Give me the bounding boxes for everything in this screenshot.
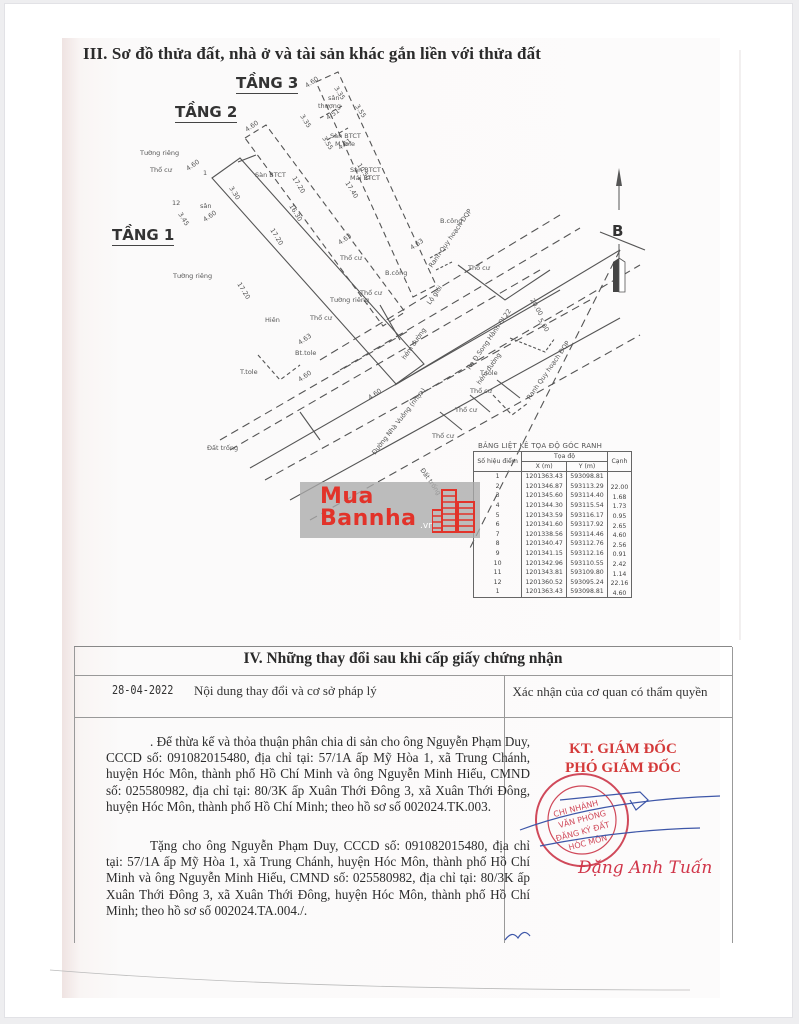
svg-text:B.công: B.công	[385, 269, 407, 277]
coordinate-cell-y: 593114.40	[567, 491, 608, 501]
coordinate-cell-point: 8	[474, 539, 522, 549]
coordinate-cell-y: 593112.76	[567, 539, 608, 549]
coordinate-cell-edge: 1.73	[607, 501, 631, 511]
svg-text:Đường Nhà Vuông (nhựa): Đường Nhà Vuông (nhựa)	[370, 386, 427, 456]
watermark-line2: Bannha	[320, 508, 416, 530]
coordinate-cell-edge: 1.14	[607, 568, 631, 578]
col-coords: Tọa độ	[522, 452, 608, 462]
svg-text:3.55: 3.55	[353, 103, 367, 120]
authority-line1: KT. GIÁM ĐỐC	[548, 740, 698, 759]
coordinate-row: 101201342.96593110.552.42	[474, 558, 632, 568]
coordinate-cell-x: 1201343.81	[522, 568, 567, 578]
coordinate-cell-x: 1201345.60	[522, 491, 567, 501]
coordinate-cell-y: 593115.54	[567, 501, 608, 511]
coordinate-cell-edge: 2.65	[607, 520, 631, 530]
svg-text:Thổ cư: Thổ cư	[309, 313, 333, 322]
coordinate-cell-point: 2	[474, 482, 522, 492]
svg-text:4.60: 4.60	[202, 209, 218, 224]
svg-text:1: 1	[203, 169, 207, 177]
coordinate-row: 121201360.52593095.2422.16	[474, 578, 632, 588]
svg-text:4.60: 4.60	[297, 369, 313, 384]
svg-text:sân: sân	[200, 202, 212, 210]
coordinate-cell-y: 593114.46	[567, 530, 608, 540]
coordinate-cell-edge: 4.60	[607, 587, 631, 597]
watermark-logo: Mua Bannha	[320, 486, 416, 530]
coordinate-cell-x: 1201363.43	[522, 587, 567, 597]
building-logo-icon	[432, 488, 478, 534]
svg-text:Tường riêng: Tường riêng	[172, 272, 212, 280]
coordinate-cell-edge: 4.60	[607, 530, 631, 540]
svg-text:4.60: 4.60	[185, 158, 201, 173]
coordinate-cell-y: 593110.55	[567, 558, 608, 568]
coordinate-row: 81201340.47593112.762.56	[474, 539, 632, 549]
authority-line2: PHÓ GIÁM ĐỐC	[548, 759, 698, 778]
coordinate-cell-x: 1201363.43	[522, 472, 567, 482]
coordinate-cell-edge: 22.00	[607, 482, 631, 492]
svg-text:4.60: 4.60	[304, 75, 320, 90]
change-entry-inheritance: . Để thừa kế và thỏa thuận phân chia di …	[106, 734, 530, 815]
svg-text:Thổ cư: Thổ cư	[467, 263, 491, 272]
svg-text:4.63: 4.63	[337, 232, 353, 247]
coordinate-cell-edge: 22.16	[607, 578, 631, 588]
coordinate-cell-y: 593109.80	[567, 568, 608, 578]
svg-text:3.35: 3.35	[298, 113, 312, 130]
coordinate-row: 31201345.60593114.401.68	[474, 491, 632, 501]
svg-text:Bt.tole: Bt.tole	[295, 349, 316, 357]
coordinate-cell-x: 1201346.87	[522, 482, 567, 492]
coordinate-cell-y: 593116.17	[567, 510, 608, 520]
svg-text:16.30: 16.30	[287, 203, 304, 223]
coordinate-cell-x: 1201338.56	[522, 530, 567, 540]
svg-text:Tường riêng: Tường riêng	[139, 149, 179, 157]
coordinate-row: 61201341.60593117.922.65	[474, 520, 632, 530]
svg-text:17.40: 17.40	[343, 180, 360, 200]
coordinate-cell-point: 11	[474, 568, 522, 578]
coordinate-cell-x: 1201360.52	[522, 578, 567, 588]
col-edge: Cạnh	[607, 452, 631, 472]
site-plan-drawing: Tường riêng Thổ cư 1 12 sân Tường riêng …	[0, 0, 799, 660]
coordinate-row: 51201343.59593116.170.95	[474, 510, 632, 520]
section4-title: IV. Những thay đổi sau khi cấp giấy chứn…	[74, 650, 732, 668]
coordinate-cell-point: 7	[474, 530, 522, 540]
coordinate-cell-edge: 2.56	[607, 539, 631, 549]
col-y: Y (m)	[567, 462, 608, 472]
svg-text:hẻm đường: hẻm đường	[400, 326, 428, 361]
svg-text:Thổ cư: Thổ cư	[431, 431, 455, 440]
svg-text:Đất trống: Đất trống	[207, 444, 238, 452]
coordinate-cell-edge: 1.68	[607, 491, 631, 501]
north-label: B	[612, 222, 623, 240]
svg-text:Thổ cư: Thổ cư	[469, 386, 493, 395]
coordinate-cell-y: 593117.92	[567, 520, 608, 530]
svg-text:3.30: 3.30	[227, 185, 241, 202]
signer-name: Đặng Anh Tuấn	[578, 858, 712, 878]
coordinate-table: Số hiệu điểm Tọa độ Cạnh X (m) Y (m) 112…	[473, 451, 632, 598]
svg-text:Thổ cư: Thổ cư	[339, 253, 363, 262]
coordinate-cell-point: 12	[474, 578, 522, 588]
coordinate-row: 41201344.30593115.541.73	[474, 501, 632, 511]
coordinate-cell-edge: 0.95	[607, 510, 631, 520]
coordinate-cell-x: 1201340.47	[522, 539, 567, 549]
svg-text:4.63: 4.63	[409, 237, 425, 252]
coordinate-cell-point: 1	[474, 587, 522, 597]
coordinate-cell-edge: 0.91	[607, 549, 631, 559]
content-column-header: Nội dung thay đổi và cơ sở pháp lý	[194, 683, 377, 699]
svg-text:12: 12	[172, 199, 180, 207]
coordinate-row: 21201346.87593113.2922.00	[474, 482, 632, 492]
coordinate-cell-y: 593098.81	[567, 472, 608, 482]
svg-text:4.63: 4.63	[297, 332, 313, 347]
coordinate-row: 11201363.43593098.814.60	[474, 587, 632, 597]
svg-text:Lộ giới: Lộ giới	[425, 284, 444, 306]
svg-text:Sàn BTCT: Sàn BTCT	[255, 171, 286, 179]
coordinate-cell-y: 593112.16	[567, 549, 608, 559]
coordinate-cell-x: 1201341.15	[522, 549, 567, 559]
svg-text:17.20: 17.20	[290, 175, 307, 195]
change-entry-gift: Tặng cho ông Nguyễn Phạm Duy, CCCD số: 0…	[106, 838, 530, 919]
coordinate-row: 71201338.56593114.464.60	[474, 530, 632, 540]
coordinate-cell-x: 1201341.60	[522, 520, 567, 530]
coordinate-row: 111201343.81593109.801.14	[474, 568, 632, 578]
coordinate-table-title: BẢNG LIỆT KÊ TỌA ĐỘ GÓC RANH	[478, 442, 602, 450]
svg-text:4.60: 4.60	[367, 387, 383, 402]
coordinate-cell-point: 4	[474, 501, 522, 511]
coordinate-cell-point: 6	[474, 520, 522, 530]
authority-title: KT. GIÁM ĐỐC PHÓ GIÁM ĐỐC	[548, 740, 698, 778]
svg-text:Thổ cư: Thổ cư	[149, 165, 173, 174]
svg-text:17.20: 17.20	[235, 281, 252, 301]
svg-text:T.tole: T.tole	[239, 368, 258, 376]
coordinate-cell-y: 593098.81	[567, 587, 608, 597]
coordinate-cell-point: 9	[474, 549, 522, 559]
watermark-line1: Mua	[320, 486, 416, 508]
svg-text:4.60: 4.60	[244, 119, 260, 134]
coordinate-cell-point: 5	[474, 510, 522, 520]
col-x: X (m)	[522, 462, 567, 472]
coordinate-cell-point: 1	[474, 472, 522, 482]
coordinate-row: 11201363.43593098.81	[474, 472, 632, 482]
col-point: Số hiệu điểm	[474, 452, 522, 472]
coordinate-cell-edge: 2.42	[607, 558, 631, 568]
coordinate-cell-point: 10	[474, 558, 522, 568]
svg-text:3.45: 3.45	[176, 211, 190, 228]
svg-text:Tường riêng: Tường riêng	[329, 296, 369, 304]
coordinate-cell-y: 593113.29	[567, 482, 608, 492]
coordinate-cell-point: 3	[474, 491, 522, 501]
coordinate-cell-y: 593095.24	[567, 578, 608, 588]
coordinate-cell-x: 1201344.30	[522, 501, 567, 511]
svg-text:Hiên: Hiên	[265, 316, 280, 324]
svg-text:Thổ cư: Thổ cư	[454, 405, 478, 414]
coordinate-cell-x: 1201343.59	[522, 510, 567, 520]
authority-column-header: Xác nhận của cơ quan có thẩm quyền	[510, 683, 710, 700]
svg-text:Thổ cư: Thổ cư	[359, 288, 383, 297]
coordinate-cell-edge	[607, 472, 631, 482]
coordinate-cell-x: 1201342.96	[522, 558, 567, 568]
change-date-stamp: 28-04-2022	[112, 683, 173, 697]
coordinate-row: 91201341.15593112.160.91	[474, 549, 632, 559]
